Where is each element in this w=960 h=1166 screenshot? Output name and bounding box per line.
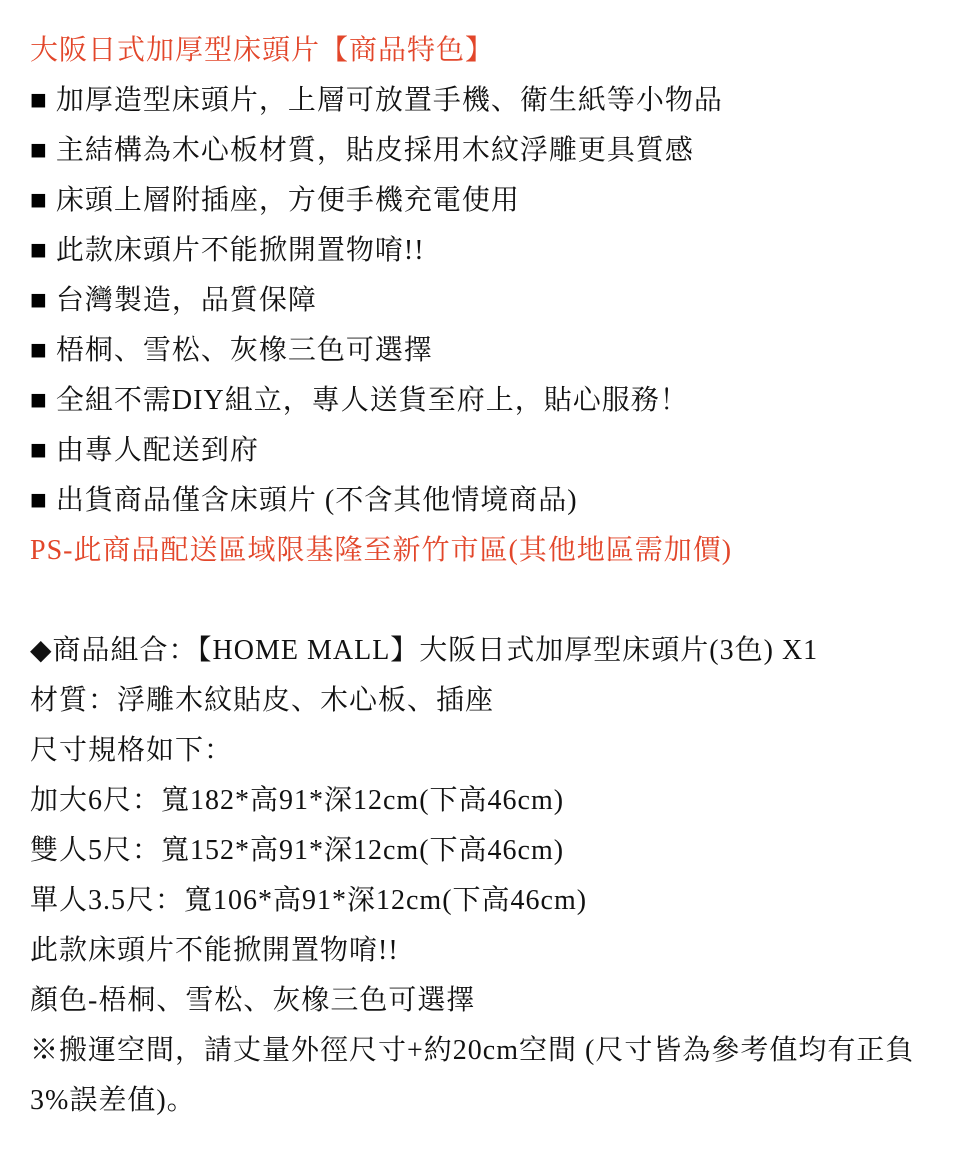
color-note: 顏色-梧桐、雪松、灰橡三色可選擇 bbox=[30, 976, 932, 1026]
square-bullet-icon: ■ bbox=[30, 376, 48, 426]
feature-item: ■梧桐、雪松、灰橡三色可選擇 bbox=[30, 326, 932, 376]
feature-text: 此款床頭片不能掀開置物唷!! bbox=[56, 235, 425, 266]
feature-text: 主結構為木心板材質，貼皮採用木紋浮雕更具質感 bbox=[56, 135, 694, 166]
feature-item: ■由專人配送到府 bbox=[30, 426, 932, 476]
feature-item: ■此款床頭片不能掀開置物唷!! bbox=[30, 226, 932, 276]
square-bullet-icon: ■ bbox=[30, 426, 48, 476]
feature-text: 加厚造型床頭片，上層可放置手機、衛生紙等小物品 bbox=[56, 85, 723, 116]
combo-line: ◆商品組合：【HOME MALL】大阪日式加厚型床頭片(3色) X1 bbox=[30, 626, 932, 676]
page-title: 大阪日式加厚型床頭片【商品特色】 bbox=[30, 26, 932, 76]
feature-item: ■全組不需DIY組立，專人送貨至府上，貼心服務！ bbox=[30, 376, 932, 426]
square-bullet-icon: ■ bbox=[30, 76, 48, 126]
feature-item: ■床頭上層附插座，方便手機充電使用 bbox=[30, 176, 932, 226]
size-spec: 雙人5尺：寬152*高91*深12cm(下高46cm) bbox=[30, 826, 932, 876]
square-bullet-icon: ■ bbox=[30, 476, 48, 526]
material-line: 材質：浮雕木紋貼皮、木心板、插座 bbox=[30, 676, 932, 726]
square-bullet-icon: ■ bbox=[30, 176, 48, 226]
blank-line bbox=[30, 576, 932, 626]
moving-space-note: ※搬運空間，請丈量外徑尺寸+約20cm空間 (尺寸皆為參考值均有正負3%誤差值)… bbox=[30, 1026, 932, 1126]
square-bullet-icon: ■ bbox=[30, 226, 48, 276]
size-heading: 尺寸規格如下： bbox=[30, 726, 932, 776]
feature-item: ■主結構為木心板材質，貼皮採用木紋浮雕更具質感 bbox=[30, 126, 932, 176]
size-spec: 加大6尺：寬182*高91*深12cm(下高46cm) bbox=[30, 776, 932, 826]
feature-text: 床頭上層附插座，方便手機充電使用 bbox=[56, 185, 520, 216]
feature-text: 全組不需DIY組立，專人送貨至府上，貼心服務！ bbox=[56, 385, 689, 416]
feature-text: 出貨商品僅含床頭片 (不含其他情境商品) bbox=[56, 485, 578, 516]
product-description: 大阪日式加厚型床頭片【商品特色】 ■加厚造型床頭片，上層可放置手機、衛生紙等小物… bbox=[0, 0, 960, 1126]
no-open-note: 此款床頭片不能掀開置物唷!! bbox=[30, 926, 932, 976]
feature-text: 梧桐、雪松、灰橡三色可選擇 bbox=[56, 335, 433, 366]
shipping-area-note: PS-此商品配送區域限基隆至新竹市區(其他地區需加價) bbox=[30, 526, 932, 576]
square-bullet-icon: ■ bbox=[30, 326, 48, 376]
size-spec: 單人3.5尺：寬106*高91*深12cm(下高46cm) bbox=[30, 876, 932, 926]
feature-item: ■加厚造型床頭片，上層可放置手機、衛生紙等小物品 bbox=[30, 76, 932, 126]
square-bullet-icon: ■ bbox=[30, 126, 48, 176]
feature-text: 台灣製造，品質保障 bbox=[56, 285, 317, 316]
feature-item: ■台灣製造，品質保障 bbox=[30, 276, 932, 326]
feature-text: 由專人配送到府 bbox=[56, 435, 259, 466]
square-bullet-icon: ■ bbox=[30, 276, 48, 326]
feature-item: ■出貨商品僅含床頭片 (不含其他情境商品) bbox=[30, 476, 932, 526]
